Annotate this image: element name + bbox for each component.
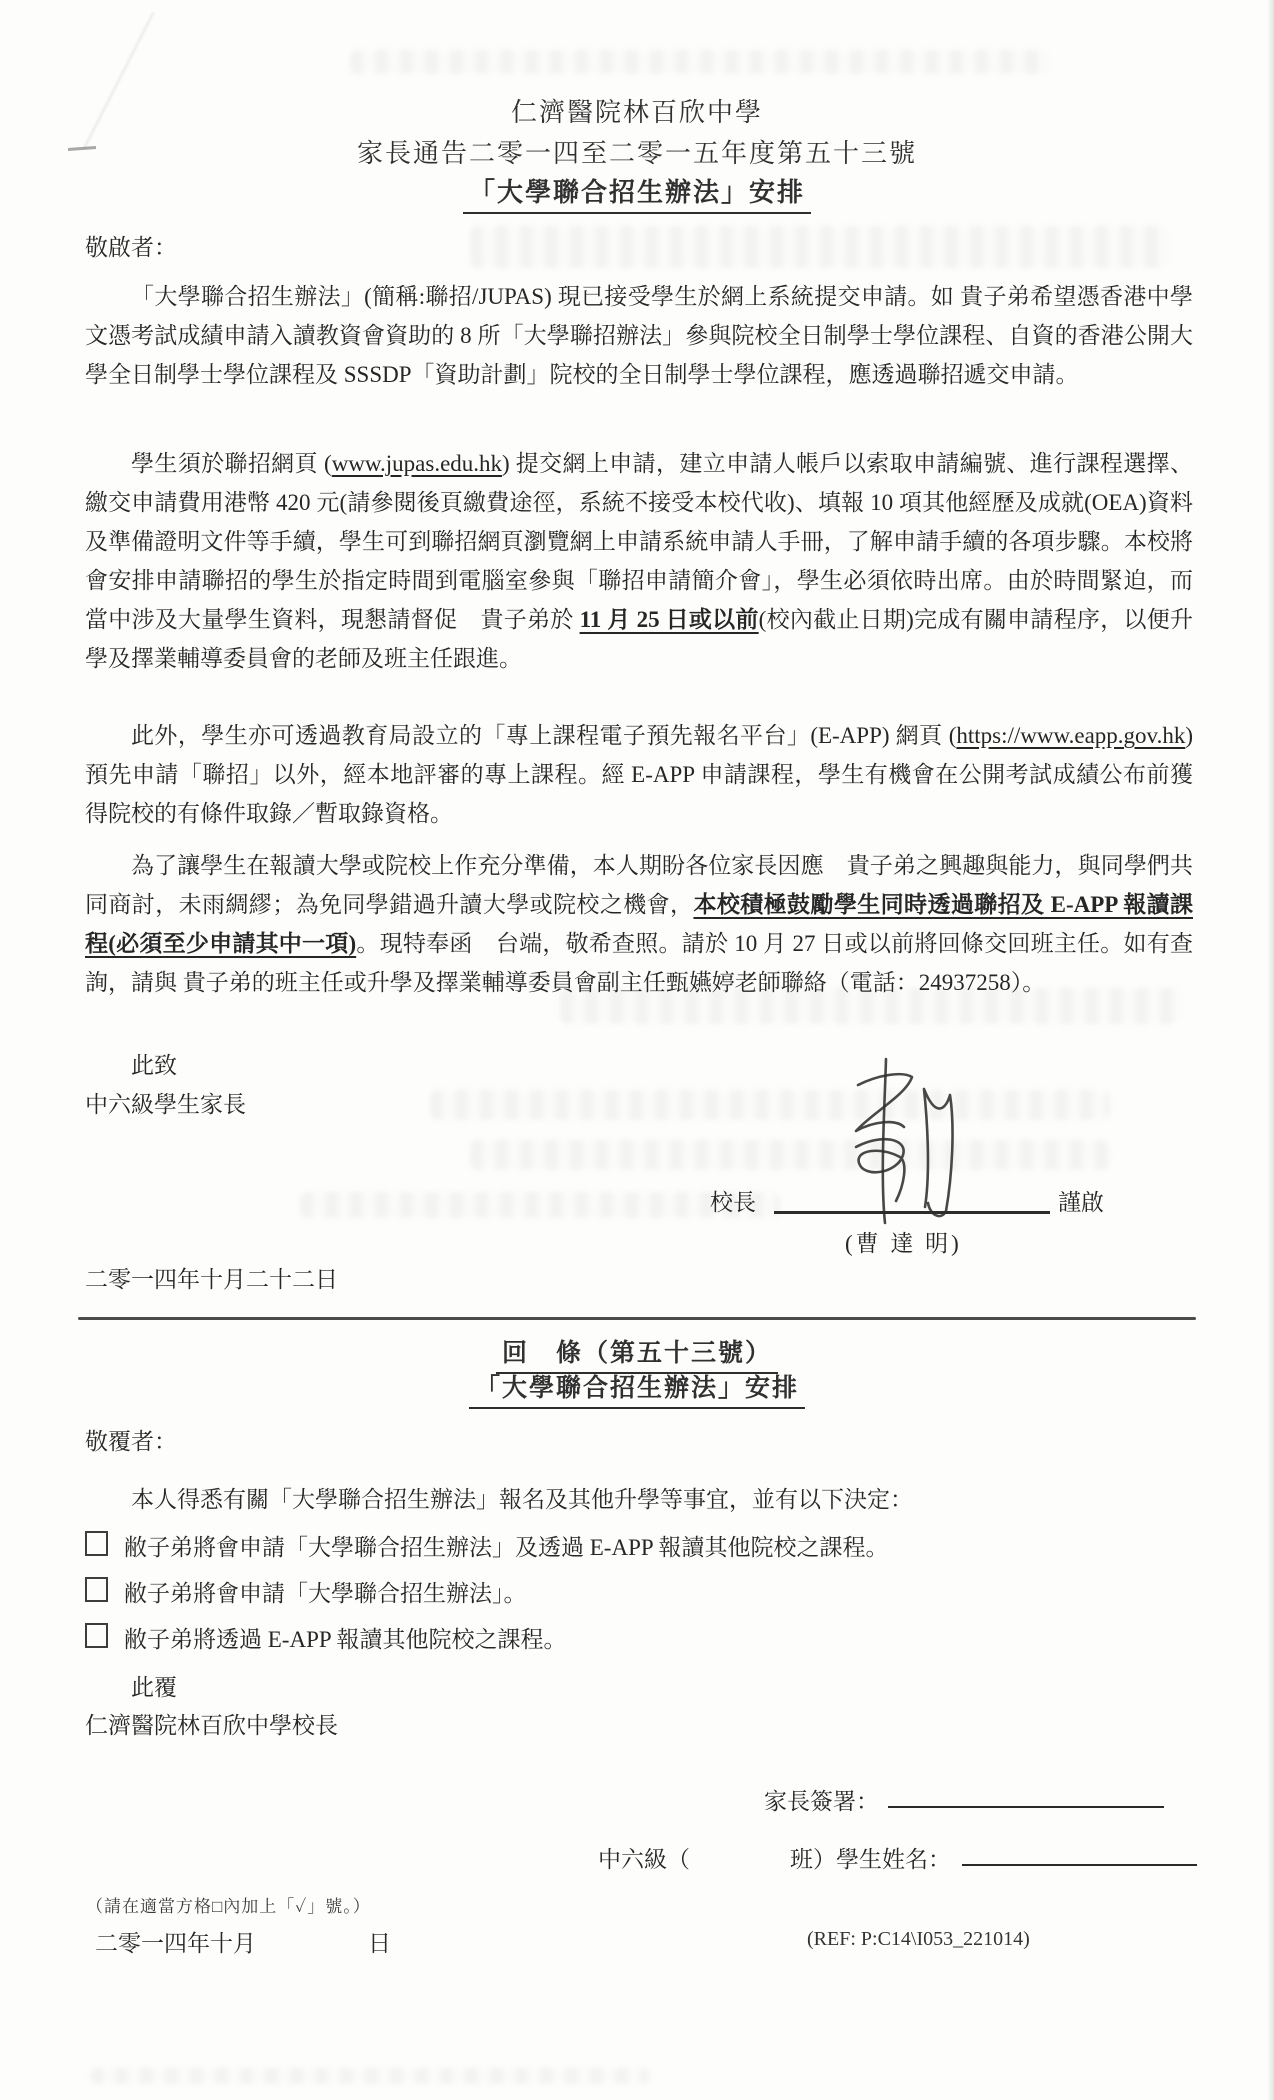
reply-slip-subject-text: 「大學聯合招生辦法」安排 [469, 1368, 805, 1409]
notice-number-line: 家長通告二零一四至二零一五年度第五十三號 [0, 133, 1274, 170]
scan-artifact [300, 1192, 780, 1218]
letter-recipient: 中六級學生家長 [85, 1085, 246, 1124]
paragraph-1: 「大學聯合招生辦法」(簡稱:聯招/JUPAS) 現已接受學生於網上系統提交申請。… [85, 277, 1193, 394]
scan-artifact [90, 2068, 650, 2084]
reply-slip-subject: 「大學聯合招生辦法」安排 [0, 1368, 1274, 1409]
parent-signature-field[interactable] [888, 1782, 1164, 1808]
reply-addressee: 仁濟醫院林百欣中學校長 [85, 1706, 338, 1745]
scanned-notice-page: 仁濟醫院林百欣中學 家長通告二零一四至二零一五年度第五十三號 「大學聯合招生辦法… [0, 0, 1274, 2100]
student-name-label: 班）學生姓名： [790, 1840, 951, 1879]
reference-code: (REF: P:C14\I053_221014) [807, 1928, 1030, 1951]
paragraph-2: 學生須於聯招網頁 (www.jupas.edu.hk) 提交網上申請，建立申請人… [85, 444, 1193, 678]
letter-closing: 此致 [131, 1046, 177, 1085]
checkbox-jupas-only[interactable] [85, 1577, 108, 1602]
reply-date-suffix: 日 [368, 1924, 391, 1963]
reply-intro: 本人得悉有關「大學聯合招生辦法」報名及其他升學等事宜，並有以下決定： [85, 1480, 1193, 1519]
option-row-jupas-only: 敝子弟將會申請「大學聯合招生辦法」。 [85, 1577, 1193, 1611]
option-row-jupas-and-eapp: 敝子弟將會申請「大學聯合招生辦法」及透過 E-APP 報讀其他院校之課程。 [85, 1531, 1193, 1565]
option-row-eapp-only: 敝子弟將透過 E-APP 報讀其他院校之課程。 [85, 1623, 1193, 1657]
jupas-url: www.jupas.edu.hk [332, 451, 502, 476]
reply-date-prefix: 二零一四年十月 [95, 1924, 256, 1963]
paragraph-2-text-b: ) 提交網上申請，建立申請人帳戶以索取申請編號、進行課程選擇、繳交申請費用港幣 … [85, 451, 1193, 632]
principal-label: 校長 [710, 1183, 756, 1222]
option-label: 敝子弟將會申請「大學聯合招生辦法」及透過 E-APP 報讀其他院校之課程。 [124, 1531, 889, 1565]
letter-date: 二零一四年十月二十二日 [85, 1260, 338, 1299]
notice-subject-text: 「大學聯合招生辦法」安排 [463, 172, 811, 214]
checkbox-eapp-only[interactable] [85, 1623, 108, 1648]
principal-name: (曹 達 明) [845, 1224, 962, 1263]
paragraph-4: 為了讓學生在報讀大學或院校上作充分準備，本人期盼各位家長因應 貴子弟之興趣與能力… [85, 846, 1193, 1002]
reply-salutation: 敬覆者： [85, 1422, 177, 1461]
option-label: 敝子弟將透過 E-APP 報讀其他院校之課程。 [124, 1623, 567, 1657]
reply-intro-text: 本人得悉有關「大學聯合招生辦法」報名及其他升學等事宜，並有以下決定： [131, 1487, 913, 1512]
checkbox-jupas-and-eapp[interactable] [85, 1531, 108, 1556]
scan-artifact [1267, 0, 1274, 2100]
student-name-field[interactable] [962, 1840, 1197, 1866]
salutation: 敬啟者： [85, 228, 177, 267]
scan-artifact [470, 226, 1170, 268]
eapp-url: https://www.eapp.gov.hk [956, 723, 1185, 748]
scan-artifact [470, 1140, 1110, 1170]
tear-off-divider [78, 1317, 1196, 1320]
principal-signature-line [774, 1184, 1050, 1214]
option-label: 敝子弟將會申請「大學聯合招生辦法」。 [124, 1577, 527, 1611]
reply-closing: 此覆 [131, 1668, 177, 1707]
school-name: 仁濟醫院林百欣中學 [0, 92, 1274, 129]
student-class-prefix: 中六級（ [598, 1840, 690, 1879]
scan-artifact [430, 1090, 1110, 1120]
respect-label: 謹啟 [1058, 1183, 1104, 1222]
scan-artifact [350, 50, 1050, 74]
paragraph-3-text-a: 此外，學生亦可透過教育局設立的「專上課程電子預先報名平台」(E-APP) 網頁 … [131, 723, 956, 748]
paragraph-1-text: 「大學聯合招生辦法」(簡稱:聯招/JUPAS) 現已接受學生於網上系統提交申請。… [85, 284, 1193, 387]
paragraph-3: 此外，學生亦可透過教育局設立的「專上課程電子預先報名平台」(E-APP) 網頁 … [85, 716, 1193, 833]
internal-deadline: 11 月 25 日或以前 [580, 607, 759, 632]
parent-signature-label: 家長簽署： [764, 1782, 879, 1821]
paragraph-2-text-a: 學生須於聯招網頁 ( [131, 451, 332, 476]
tick-instruction-note: （請在適當方格□內加上「✓」號。） [86, 1892, 371, 1917]
notice-subject: 「大學聯合招生辦法」安排 [0, 172, 1274, 214]
